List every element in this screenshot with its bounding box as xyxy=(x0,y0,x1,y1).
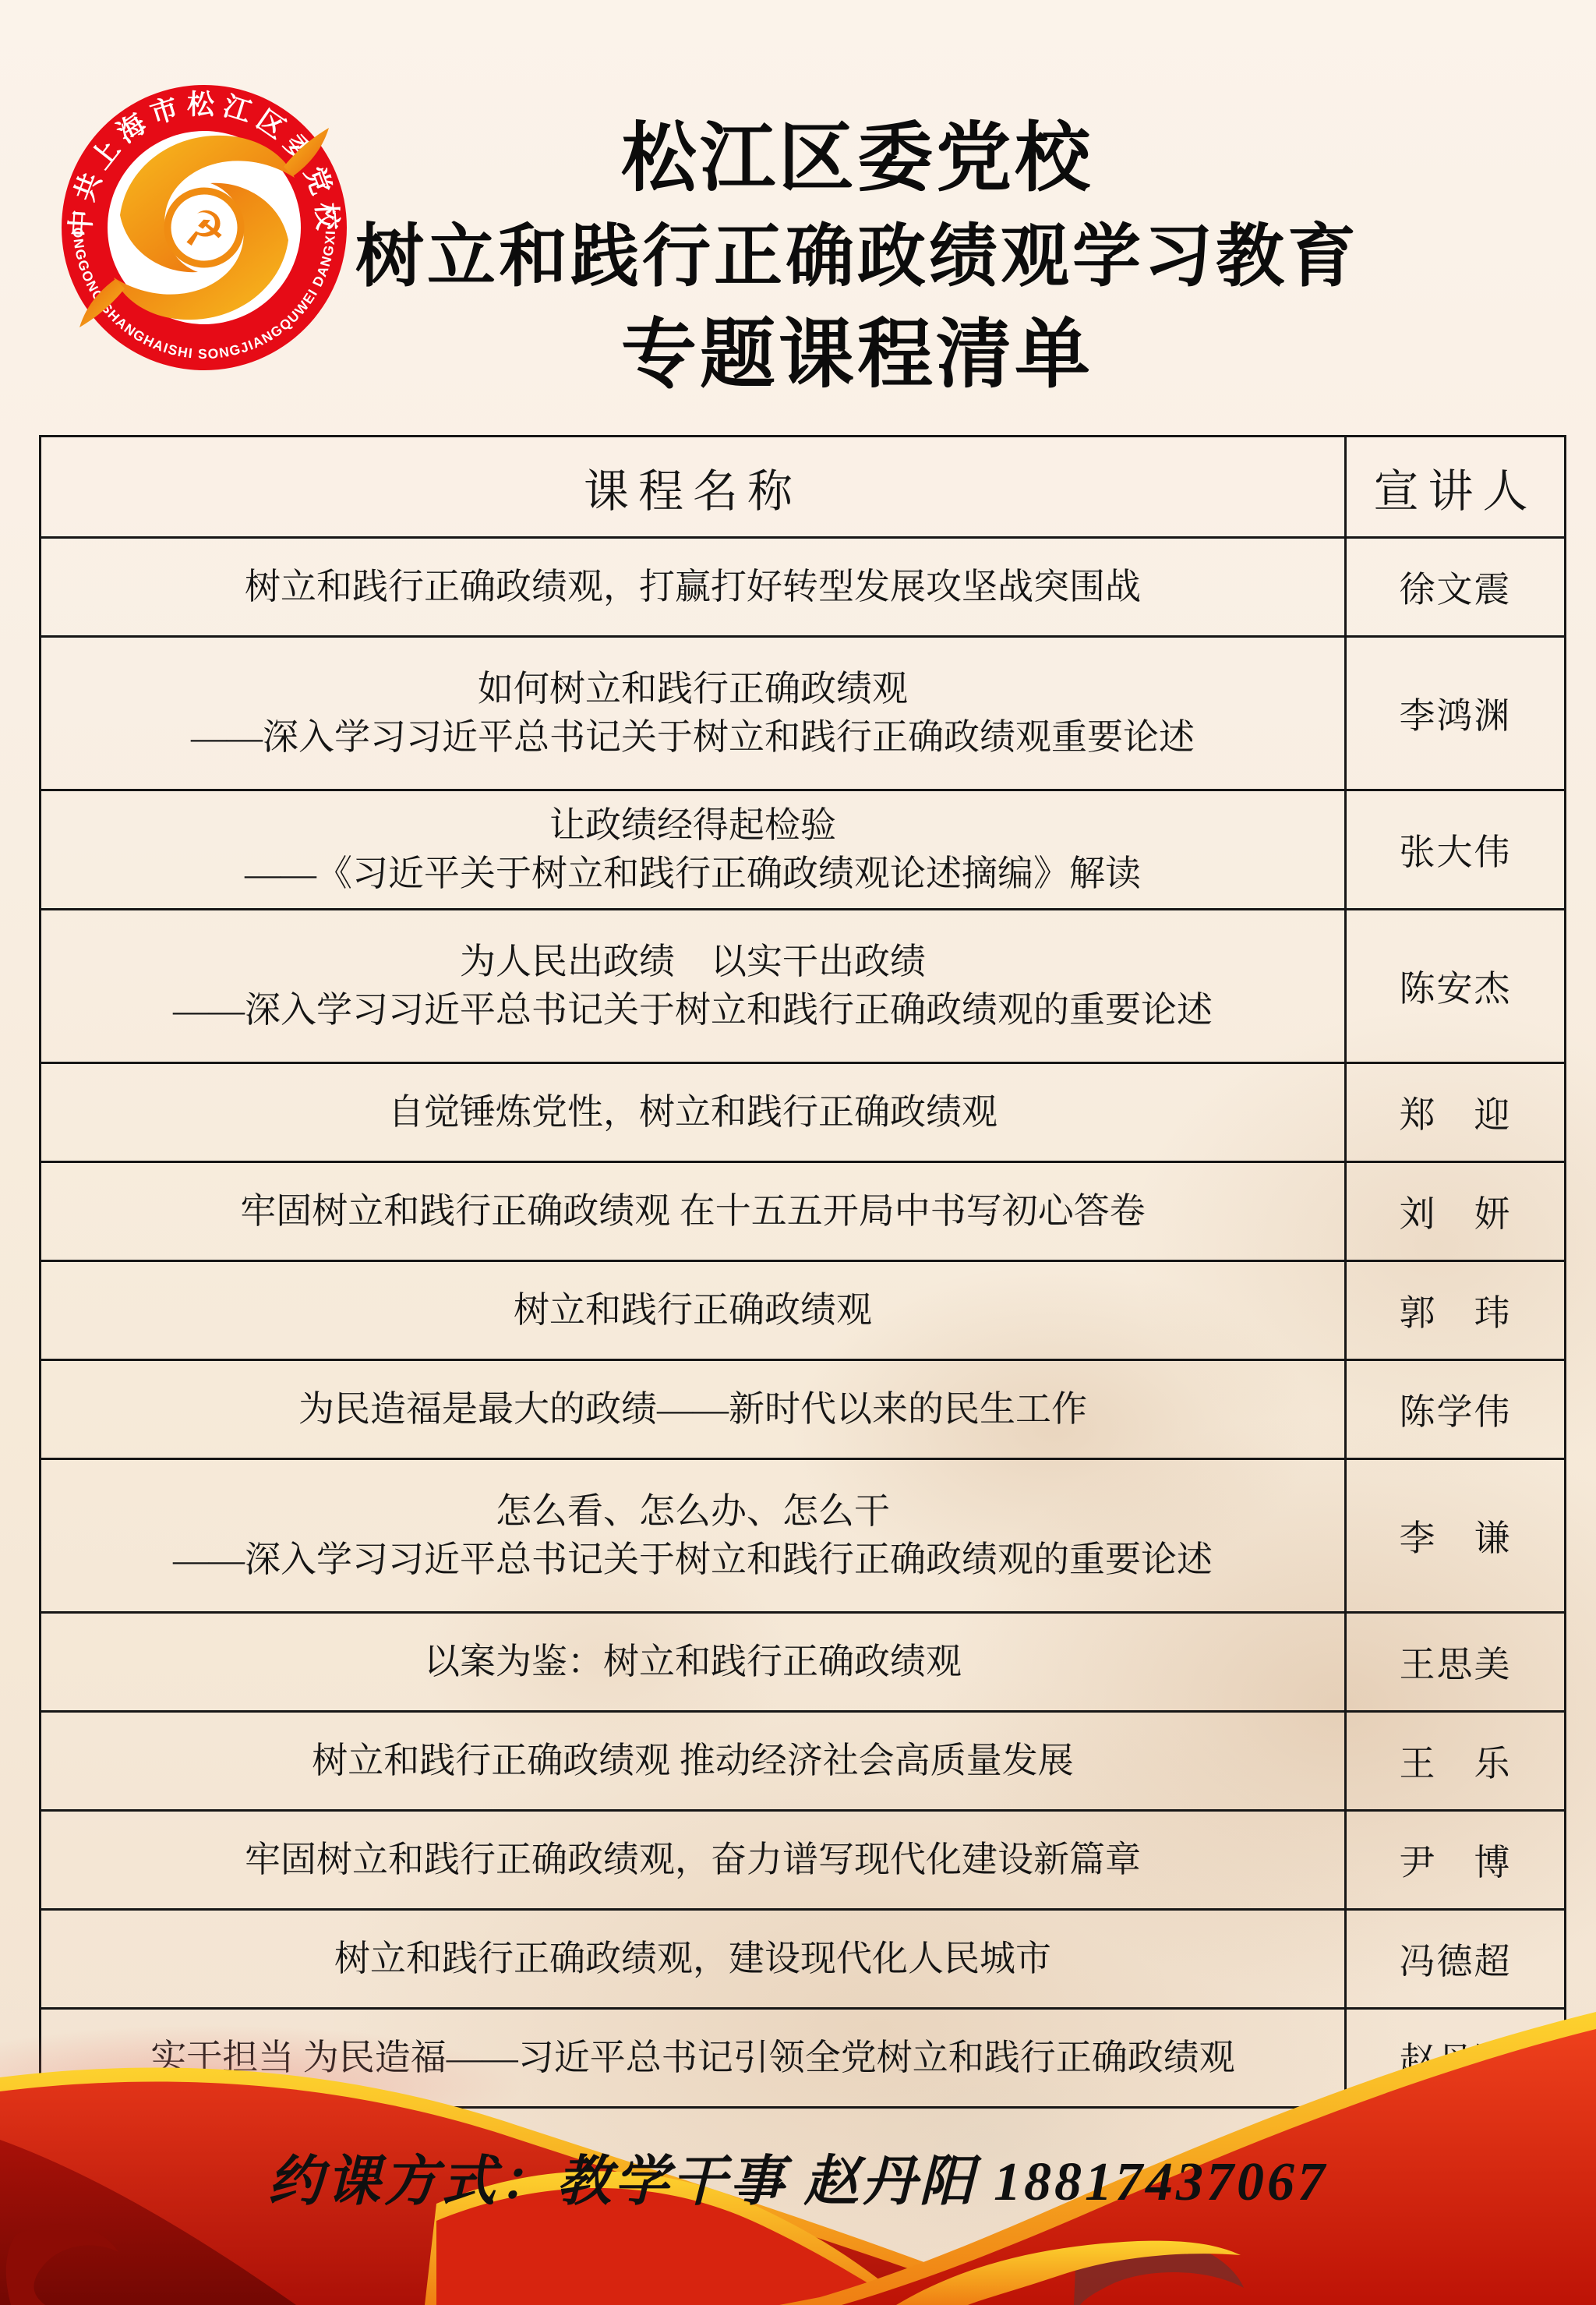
title-line-2: 树立和践行正确政绩观学习教育 xyxy=(118,207,1596,306)
presenter-cell: 陈安杰 xyxy=(1346,910,1566,1063)
table-row: 怎么看、怎么办、怎么干 ——深入学习习近平总书记关于树立和践行正确政绩观的重要论… xyxy=(41,1459,1566,1613)
course-line: 牢固树立和践行正确政绩观，奋力谱写现代化建设新篇章 xyxy=(63,1836,1322,1884)
title-line-3: 专题课程清单 xyxy=(118,306,1596,404)
table-row: 牢固树立和践行正确政绩观，奋力谱写现代化建设新篇章 尹 博 xyxy=(41,1811,1566,1910)
course-line: 树立和践行正确政绩观 xyxy=(63,1286,1322,1335)
table-row: 树立和践行正确政绩观 推动经济社会高质量发展 王 乐 xyxy=(41,1712,1566,1811)
course-cell: 以案为鉴：树立和践行正确政绩观 xyxy=(41,1613,1346,1712)
table-row: 以案为鉴：树立和践行正确政绩观 王思美 xyxy=(41,1613,1566,1712)
course-line: 以案为鉴：树立和践行正确政绩观 xyxy=(63,1638,1322,1686)
course-cell: 为民造福是最大的政绩——新时代以来的民生工作 xyxy=(41,1360,1346,1459)
course-table: 课程名称 宣讲人 树立和践行正确政绩观，打赢打好转型发展攻坚战突围战 徐文震 如… xyxy=(39,435,1566,2109)
course-cell: 树立和践行正确政绩观 xyxy=(41,1261,1346,1360)
table-row: 让政绩经得起检验 ——《习近平关于树立和践行正确政绩观论述摘编》解读 张大伟 xyxy=(41,790,1566,910)
course-line: 为人民出政绩 以实干出政绩 xyxy=(63,938,1322,986)
table-row: 为民造福是最大的政绩——新时代以来的民生工作 陈学伟 xyxy=(41,1360,1566,1459)
presenter-cell: 张大伟 xyxy=(1346,790,1566,910)
table-row: 为人民出政绩 以实干出政绩 ——深入学习习近平总书记关于树立和践行正确政绩观的重… xyxy=(41,910,1566,1063)
course-line: 自觉锤炼党性，树立和践行正确政绩观 xyxy=(63,1088,1322,1137)
course-line: 为民造福是最大的政绩——新时代以来的民生工作 xyxy=(63,1385,1322,1434)
course-header-cell: 课程名称 xyxy=(41,437,1346,538)
title-line-1: 松江区委党校 xyxy=(118,109,1596,207)
course-cell: 为人民出政绩 以实干出政绩 ——深入学习习近平总书记关于树立和践行正确政绩观的重… xyxy=(41,910,1346,1063)
course-line: 如何树立和践行正确政绩观 xyxy=(63,665,1322,713)
table-row: 自觉锤炼党性，树立和践行正确政绩观 郑 迎 xyxy=(41,1063,1566,1162)
course-line: 树立和践行正确政绩观 推动经济社会高质量发展 xyxy=(63,1737,1322,1785)
presenter-cell: 李鸿渊 xyxy=(1346,637,1566,790)
presenter-cell: 王 乐 xyxy=(1346,1712,1566,1811)
course-line: 树立和践行正确政绩观，打赢打好转型发展攻坚战突围战 xyxy=(63,563,1322,611)
course-line: 让政绩经得起检验 xyxy=(63,801,1322,850)
course-cell: 自觉锤炼党性，树立和践行正确政绩观 xyxy=(41,1063,1346,1162)
booking-contact-line: 约课方式：教学干事 赵丹阳 18817437067 xyxy=(0,2137,1596,2216)
table-row: 树立和践行正确政绩观，打赢打好转型发展攻坚战突围战 徐文震 xyxy=(41,538,1566,637)
presenter-cell: 王思美 xyxy=(1346,1613,1566,1712)
table-row: 牢固树立和践行正确政绩观 在十五五开局中书写初心答卷 刘 妍 xyxy=(41,1162,1566,1261)
course-line: ——深入学习习近平总书记关于树立和践行正确政绩观的重要论述 xyxy=(63,1536,1322,1584)
course-cell: 怎么看、怎么办、怎么干 ——深入学习习近平总书记关于树立和践行正确政绩观的重要论… xyxy=(41,1459,1346,1613)
course-cell: 牢固树立和践行正确政绩观，奋力谱写现代化建设新篇章 xyxy=(41,1811,1346,1910)
course-cell: 树立和践行正确政绩观 推动经济社会高质量发展 xyxy=(41,1712,1346,1811)
presenter-cell: 刘 妍 xyxy=(1346,1162,1566,1261)
course-line: 树立和践行正确政绩观，建设现代化人民城市 xyxy=(63,1935,1322,1983)
course-cell: 如何树立和践行正确政绩观 ——深入学习习近平总书记关于树立和践行正确政绩观重要论… xyxy=(41,637,1346,790)
course-line: ——《习近平关于树立和践行正确政绩观论述摘编》解读 xyxy=(63,850,1322,898)
presenter-cell: 尹 博 xyxy=(1346,1811,1566,1910)
table-row: 树立和践行正确政绩观 郭 玮 xyxy=(41,1261,1566,1360)
table-header-row: 课程名称 宣讲人 xyxy=(41,437,1566,538)
course-cell: 树立和践行正确政绩观，打赢打好转型发展攻坚战突围战 xyxy=(41,538,1346,637)
presenter-header-cell: 宣讲人 xyxy=(1346,437,1566,538)
course-cell: 牢固树立和践行正确政绩观 在十五五开局中书写初心答卷 xyxy=(41,1162,1346,1261)
course-cell: 让政绩经得起检验 ——《习近平关于树立和践行正确政绩观论述摘编》解读 xyxy=(41,790,1346,910)
presenter-cell: 郑 迎 xyxy=(1346,1063,1566,1162)
table-row: 如何树立和践行正确政绩观 ——深入学习习近平总书记关于树立和践行正确政绩观重要论… xyxy=(41,637,1566,790)
course-line: 怎么看、怎么办、怎么干 xyxy=(63,1487,1322,1536)
course-line: 牢固树立和践行正确政绩观 在十五五开局中书写初心答卷 xyxy=(63,1187,1322,1236)
poster-title: 松江区委党校 树立和践行正确政绩观学习教育 专题课程清单 xyxy=(118,109,1596,404)
presenter-cell: 李 谦 xyxy=(1346,1459,1566,1613)
presenter-cell: 郭 玮 xyxy=(1346,1261,1566,1360)
course-line: ——深入学习习近平总书记关于树立和践行正确政绩观重要论述 xyxy=(63,713,1322,762)
poster-page: 中共上海市松江区委党校 ZHONGGONG SHANGHAISHI SONGJI… xyxy=(0,0,1596,2305)
presenter-cell: 陈学伟 xyxy=(1346,1360,1566,1459)
presenter-cell: 徐文震 xyxy=(1346,538,1566,637)
course-line: ——深入学习习近平总书记关于树立和践行正确政绩观的重要论述 xyxy=(63,986,1322,1034)
